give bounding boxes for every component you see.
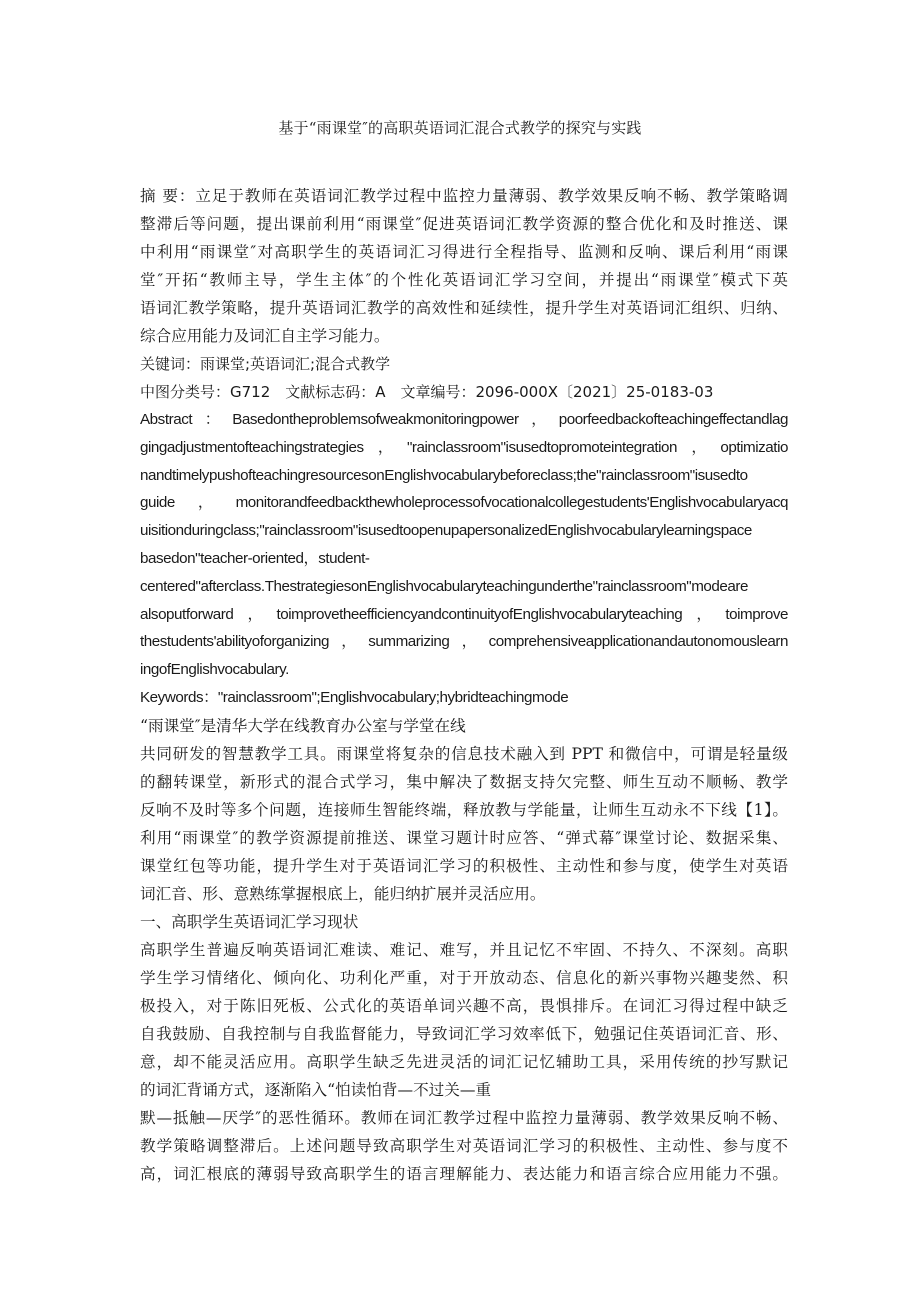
abstract-en-line: gingadjustmentofteachingstrategies，"rain… <box>140 434 788 462</box>
abstract-en-line: guide，monitorandfeedbackthewholeprocesso… <box>140 489 788 517</box>
abstract-en-line: nandtimelypushofteachingresourcesonEngli… <box>140 462 788 490</box>
document-title: 基于“雨课堂″的高职英语词汇混合式教学的探究与实践 <box>0 117 920 139</box>
intro-line: 词汇音、形、意熟练掌握根底上，能归纳扩展并灵活应用。 <box>140 880 788 908</box>
section1-line: 高职学生普遍反响英语词汇难读、难记、难写，并且记忆不牢固、不持久、不深刻。高职 <box>140 936 788 964</box>
section1-line: 高，词汇根底的薄弱导致高职学生的语言理解能力、表达能力和语言综合应用能力不强。 <box>140 1160 788 1188</box>
abstract-en-line: ingofEnglishvocabulary. <box>140 656 788 684</box>
keywords-cn: 关键词：雨课堂;英语词汇;混合式教学 <box>140 350 788 378</box>
abstract-cn-line: 中利用“雨课堂″对高职学生的英语词汇习得进行全程指导、监测和反响、课后利用“雨课 <box>140 238 788 266</box>
abstract-en-line: Abstract：Basedontheproblemsofweakmonitor… <box>140 406 788 434</box>
section1-line: 自我鼓励、自我控制与自我监督能力，导致词汇学习效率低下，勉强记住英语词汇音、形、 <box>140 1020 788 1048</box>
abstract-en-line: centered"afterclass.ThestrategiesonEngli… <box>140 573 788 601</box>
intro-line: 课堂红包等功能，提升学生对于英语词汇学习的积极性、主动性和参与度，使学生对英语 <box>140 852 788 880</box>
abstract-cn-line: 综合应用能力及词汇自主学习能力。 <box>140 322 788 350</box>
intro-line: 反响不及时等多个问题，连接师生智能终端，释放教与学能量，让师生互动永不下线【1】… <box>140 796 788 824</box>
abstract-cn: 摘 要：立足于教师在英语词汇教学过程中监控力量薄弱、教学效果反响不畅、教学策略调… <box>140 182 788 350</box>
abstract-en: Abstract：Basedontheproblemsofweakmonitor… <box>140 406 788 712</box>
abstract-cn-line: 语词汇教学策略，提升英语词汇教学的高效性和延续性，提升学生对英语词汇组织、归纳、 <box>140 294 788 322</box>
abstract-cn-line: 堂″开拓“教师主导，学生主体″的个性化英语词汇学习空间，并提出“雨课堂″模式下英 <box>140 266 788 294</box>
abstract-cn-line: 摘 要：立足于教师在英语词汇教学过程中监控力量薄弱、教学效果反响不畅、教学策略调 <box>140 182 788 210</box>
intro-line: 利用“雨课堂″的教学资源提前推送、课堂习题计时应答、“弹式幕″课堂讨论、数据采集… <box>140 824 788 852</box>
abstract-cn-line: 整滞后等问题，提出课前利用“雨课堂″促进英语词汇教学资源的整合优化和及时推送、课 <box>140 210 788 238</box>
intro-paragraph: “雨课堂″是清华大学在线教育办公室与学堂在线 共同研发的智慧教学工具。雨课堂将复… <box>140 712 788 908</box>
document-body: 摘 要：立足于教师在英语词汇教学过程中监控力量薄弱、教学效果反响不畅、教学策略调… <box>140 182 788 1188</box>
section1-line: 意，却不能灵活应用。高职学生缺乏先进灵活的词汇记忆辅助工具，采用传统的抄写默记 <box>140 1048 788 1076</box>
section1-line: 极投入，对于陈旧死板、公式化的英语单词兴趣不高，畏惧排斥。在词汇习得过程中缺乏 <box>140 992 788 1020</box>
classification-info: 中图分类号：G712 文献标志码：A 文章编号：2096-000X〔2021〕2… <box>140 378 788 406</box>
intro-line: 的翻转课堂，新形式的混合式学习，集中解决了数据支持欠完整、师生互动不顺畅、教学 <box>140 768 788 796</box>
section1-line: 学生学习情绪化、倾向化、功利化严重，对于开放动态、信息化的新兴事物兴趣斐然、积 <box>140 964 788 992</box>
section-heading: 一、高职学生英语词汇学习现状 <box>140 908 788 936</box>
document-page: 基于“雨课堂″的高职英语词汇混合式教学的探究与实践 摘 要：立足于教师在英语词汇… <box>0 0 920 1302</box>
keywords-en: Keywords："rainclassroom";Englishvocabula… <box>140 684 788 712</box>
intro-line: “雨课堂″是清华大学在线教育办公室与学堂在线 <box>140 712 788 740</box>
section1-line: 默—抵触—厌学″的恶性循环。教师在词汇教学过程中监控力量薄弱、教学效果反响不畅、 <box>140 1104 788 1132</box>
intro-line: 共同研发的智慧教学工具。雨课堂将复杂的信息技术融入到 PPT 和微信中，可谓是轻… <box>140 740 788 768</box>
abstract-en-line: uisitionduringclass;"rainclassroom"isuse… <box>140 517 788 545</box>
abstract-en-line: thestudents'abilityoforganizing，summariz… <box>140 628 788 656</box>
abstract-en-line: basedon"teacher-oriented，student- <box>140 545 788 573</box>
abstract-en-line: alsoputforward，toimprovetheefficiencyand… <box>140 601 788 629</box>
section1-line: 的词汇背诵方式，逐渐陷入“怕读怕背—不过关—重 <box>140 1076 788 1104</box>
section1-paragraph: 高职学生普遍反响英语词汇难读、难记、难写，并且记忆不牢固、不持久、不深刻。高职 … <box>140 936 788 1188</box>
section1-line: 教学策略调整滞后。上述问题导致高职学生对英语词汇学习的积极性、主动性、参与度不 <box>140 1132 788 1160</box>
